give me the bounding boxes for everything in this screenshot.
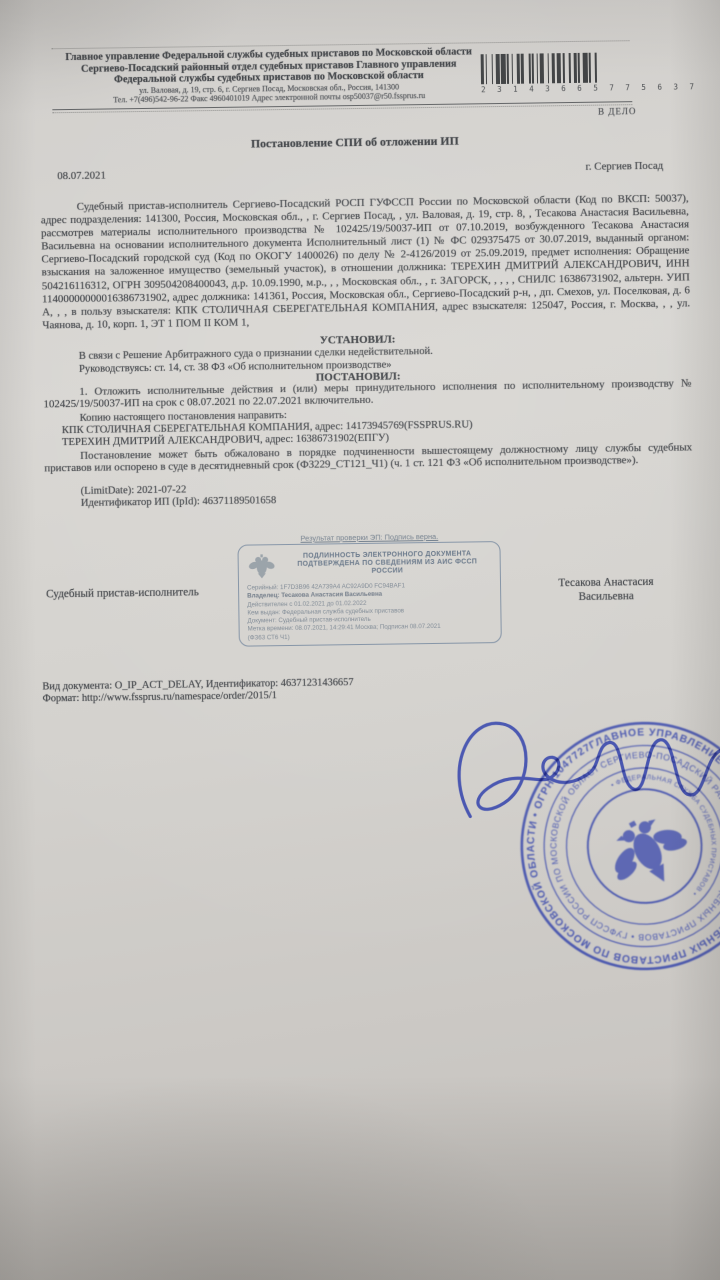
- stamp-emblem-icon: [247, 550, 277, 580]
- barcode-bar: [597, 53, 601, 83]
- stamp-caption-line2: ПОДТВЕРЖДЕНА ПО СВЕДЕНИЯМ ИЗ АИС ФССП РО…: [283, 558, 492, 577]
- doc-format-line: Формат: http://www.fssprus.ru/namespace/…: [43, 690, 277, 705]
- barcode-bars-icon: [481, 52, 633, 84]
- barcode: 2 3 1 4 3 6 6 5 7 7 5 6 3 7: [481, 52, 634, 94]
- ip-id-line: Идентификатор ИП (IpId): 46371189501658: [81, 495, 277, 510]
- official-name: Тесакова Анастасия Васильевна: [531, 576, 681, 605]
- document-city: г. Сергиев Посад: [586, 160, 664, 173]
- document-date: 08.07.2021: [57, 170, 106, 183]
- document-photo: Главное управление Федеральной службы су…: [0, 0, 720, 1280]
- barcode-digits: 2 3 1 4 3 6 6 5 7 7 5 6 3 7: [481, 83, 633, 94]
- handwritten-signature: [441, 695, 720, 879]
- document-title: Постановление СПИ об отложении ИП: [0, 130, 715, 155]
- official-name-line2: Васильевна: [531, 589, 681, 605]
- preamble-paragraph: Судебный пристав-исполнитель Сергиево-По…: [41, 192, 691, 332]
- letterhead: Главное управление Федеральной службы су…: [49, 46, 490, 106]
- official-title-label: Судебный пристав-исполнитель: [46, 586, 199, 600]
- v-delo-mark: В ДЕЛО: [598, 106, 637, 117]
- electronic-signature-stamp: ПОДЛИННОСТЬ ЭЛЕКТРОННОГО ДОКУМЕНТА ПОДТВ…: [237, 541, 501, 647]
